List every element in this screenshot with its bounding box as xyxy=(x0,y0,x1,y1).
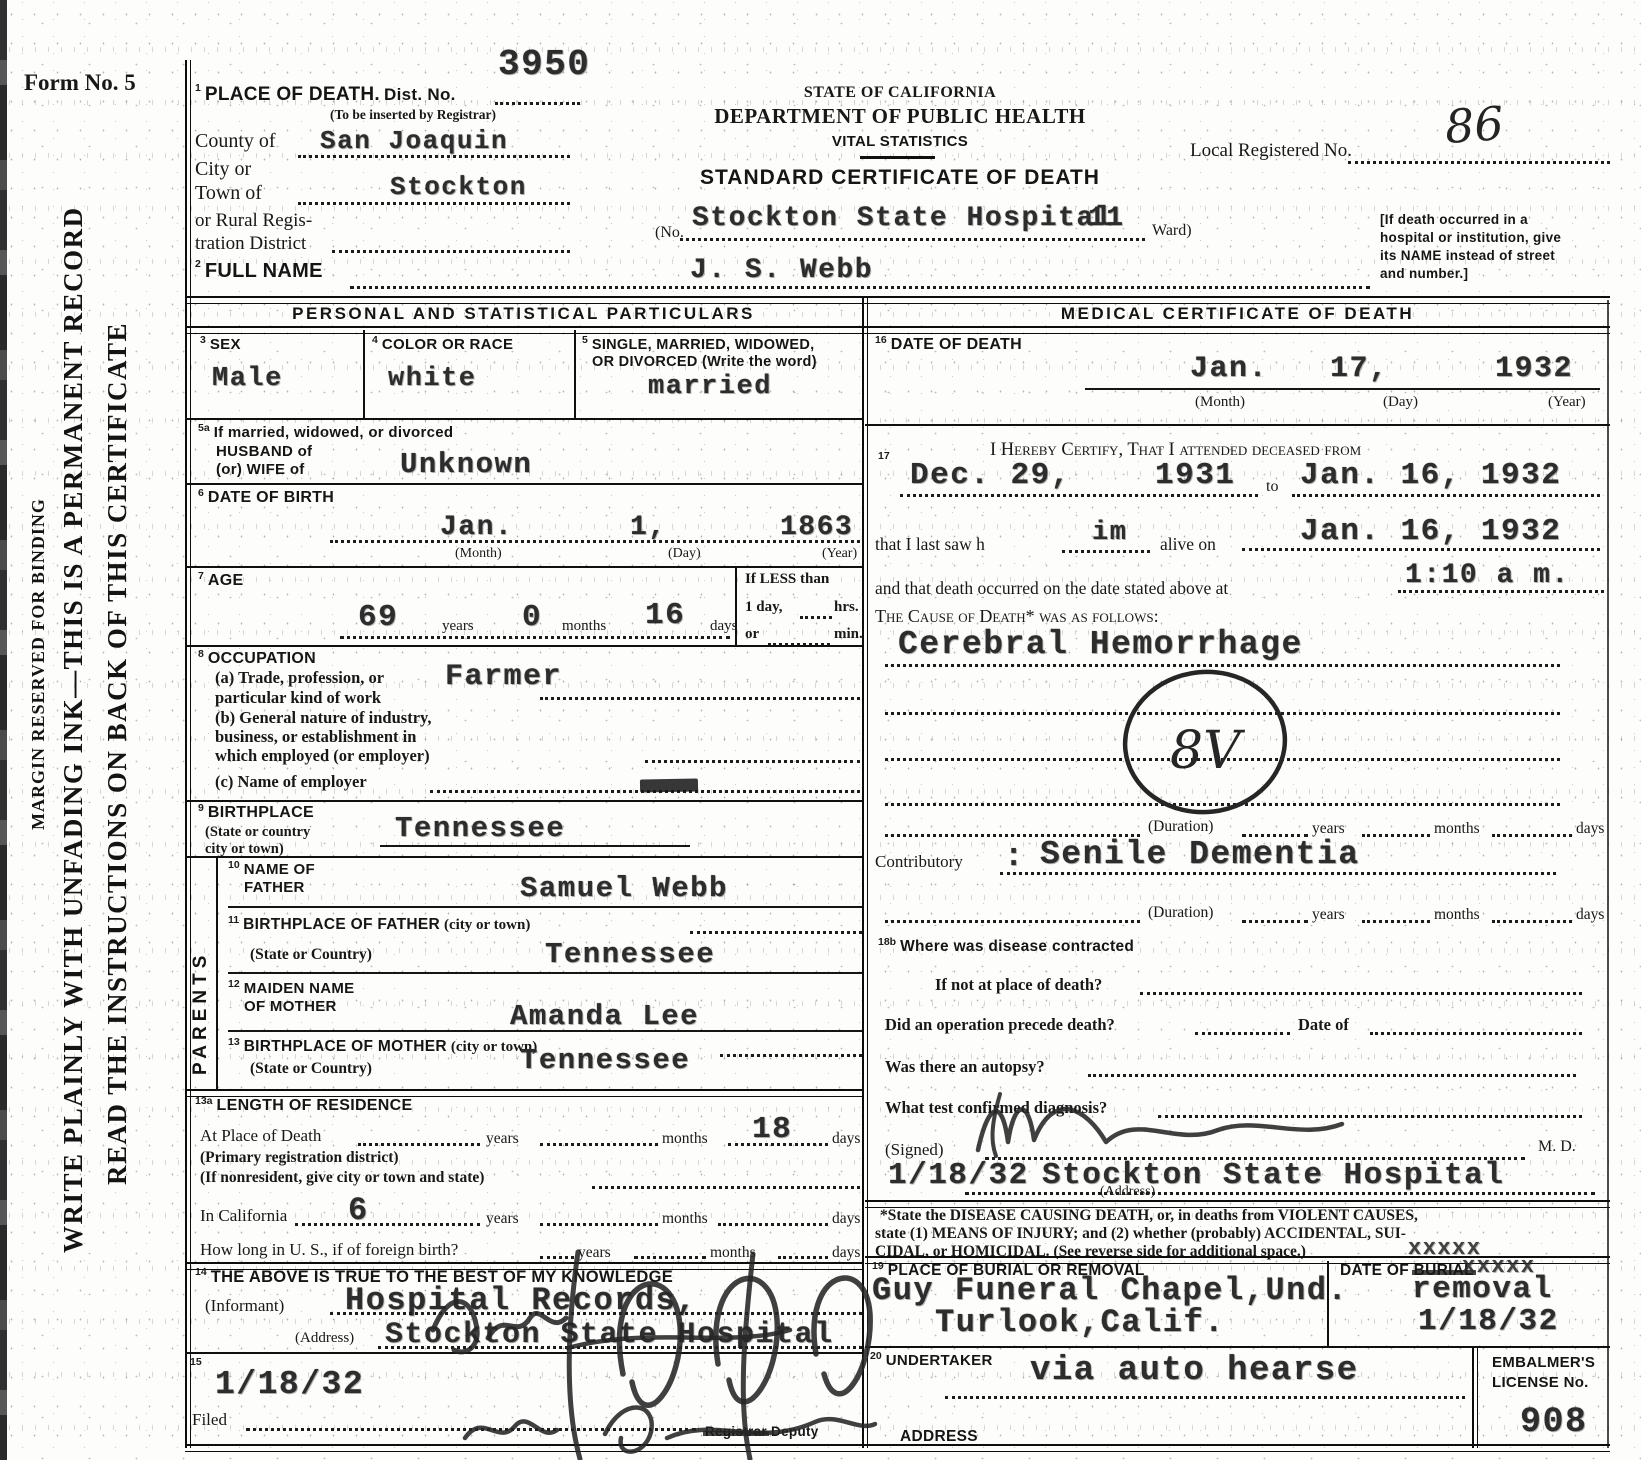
md-label: M. D. xyxy=(1538,1138,1576,1156)
cause-footnote-line2: state (1) MEANS OF INJURY; and (2) wheth… xyxy=(875,1225,1406,1243)
age-months-label: months xyxy=(562,618,606,635)
rule xyxy=(540,697,860,700)
state-heading: STATE OF CALIFORNIA xyxy=(660,84,1140,102)
county-value: San Joaquin xyxy=(320,126,508,156)
undertaker-value: via auto hearse xyxy=(1030,1352,1359,1390)
rule xyxy=(1472,1346,1478,1448)
contributory-colon: : xyxy=(1004,838,1025,875)
city-label: City or xyxy=(195,158,251,181)
father-birthplace-state-label: (State or Country) xyxy=(250,946,372,964)
mother-maiden-name-value: Amanda Lee xyxy=(510,1000,699,1033)
local-registered-no-label: Local Registered No. xyxy=(1190,140,1352,162)
age-days-label: days xyxy=(710,618,738,635)
rule xyxy=(965,1192,1595,1195)
rule xyxy=(380,845,690,847)
rural-label-2: tration District xyxy=(195,233,306,255)
occupation-label: 8 OCCUPATION xyxy=(198,650,316,668)
contributory-value: Senile Dementia xyxy=(1040,836,1360,873)
occupation-value: Farmer xyxy=(445,660,562,694)
rule xyxy=(945,1396,1465,1399)
rule xyxy=(720,1054,862,1057)
father-birthplace-value: Tennessee xyxy=(545,938,715,971)
min-label: min. xyxy=(834,626,863,643)
rule xyxy=(690,931,862,934)
margin-note-binding: MARGIN RESERVED FOR BINDING xyxy=(28,440,49,830)
marital-status-value: married xyxy=(648,372,772,402)
ink-smudge xyxy=(640,778,698,792)
attended-from-year: 1931 xyxy=(1155,458,1235,493)
rule xyxy=(1292,494,1600,497)
rule xyxy=(495,102,580,105)
last-saw-pre-label: that I last saw h xyxy=(875,534,985,555)
city-value: Stockton xyxy=(390,172,527,202)
rule xyxy=(358,1143,480,1146)
time-of-death-value: 1:10 a m. xyxy=(1405,560,1570,591)
rule xyxy=(1398,590,1604,593)
birth-day-value: 1, xyxy=(630,512,667,543)
rule xyxy=(1492,834,1572,837)
vital-statistics-heading: VITAL STATISTICS xyxy=(660,133,1140,150)
signed-date-value: 1/18/32 xyxy=(888,1158,1029,1193)
primary-district-note: (Primary registration district) xyxy=(200,1149,399,1167)
in-cal-years-label: years xyxy=(486,1210,519,1228)
rule xyxy=(185,418,862,420)
in-california-label: In California xyxy=(200,1206,287,1226)
filed-label: Filed xyxy=(192,1410,227,1430)
signed-label: (Signed) xyxy=(885,1140,944,1160)
department-heading: DEPARTMENT OF PUBLIC HEALTH xyxy=(660,104,1140,129)
rule xyxy=(298,155,570,158)
sex-value: Male xyxy=(212,364,283,394)
husband-of-label: HUSBAND of xyxy=(216,443,312,460)
duration2-years-label: years xyxy=(1312,906,1345,924)
sex-label: 3 SEX xyxy=(200,336,241,354)
circled-annotation: 8V xyxy=(1118,666,1293,818)
physician-signature xyxy=(970,1082,1360,1162)
undertaker-label: 20 UNDERTAKER xyxy=(870,1352,993,1370)
cause-of-death-label: The Cause of Death* was as follows: xyxy=(875,606,1159,627)
rule xyxy=(592,1186,860,1189)
at-place-of-death-label: At Place of Death xyxy=(200,1126,321,1146)
local-registered-no-value: 86 xyxy=(1443,96,1505,154)
age-label: 7 AGE xyxy=(198,572,243,590)
rule xyxy=(1085,388,1600,390)
rule xyxy=(185,60,191,1448)
rule xyxy=(1362,834,1430,837)
rule xyxy=(298,202,570,205)
rule xyxy=(1362,920,1430,923)
father-name-value: Samuel Webb xyxy=(520,872,728,905)
death-month-sub: (Month) xyxy=(1195,394,1245,411)
hospital-note-line4: and number.] xyxy=(1380,266,1468,281)
birthplace-label: 9 BIRTHPLACE xyxy=(198,804,314,822)
length-of-residence-label: 13a LENGTH OF RESIDENCE xyxy=(195,1097,412,1115)
certificate-title: STANDARD CERTIFICATE OF DEATH xyxy=(660,166,1140,190)
rule xyxy=(574,330,576,418)
date-of-burial-value: removal xyxy=(1412,1272,1553,1307)
attended-from-month: Dec. 29, xyxy=(910,458,1071,493)
to-label: to xyxy=(1266,478,1278,496)
circled-annotation-text: 8V xyxy=(1170,721,1245,781)
birthplace-value: Tennessee xyxy=(395,812,565,845)
father-name-label: 10 NAME OF xyxy=(228,861,315,879)
rule xyxy=(185,1444,1610,1452)
date-of-death-label: 16 DATE OF DEATH xyxy=(875,336,1022,354)
full-name-value: J. S. Webb xyxy=(690,255,873,286)
mother-birthplace-label: 13 BIRTHPLACE OF MOTHER (city or town) xyxy=(228,1038,537,1056)
birth-day-sub: (Day) xyxy=(668,546,701,562)
in-cal-days-label: days xyxy=(832,1210,860,1228)
rule xyxy=(185,856,862,858)
rule xyxy=(728,1143,828,1146)
embalmer-label-2: LICENSE No. xyxy=(1492,1374,1589,1391)
employer-label: (c) Name of employer xyxy=(215,772,367,792)
informant-label: (Informant) xyxy=(205,1296,284,1316)
rule xyxy=(228,972,862,974)
occupation-b-label-2: business, or establishment in xyxy=(215,727,416,747)
age-days-value: 16 xyxy=(645,598,685,633)
father-birthplace-label: 11 BIRTHPLACE OF FATHER (city or town) xyxy=(228,916,530,934)
not-at-place-question: If not at place of death? xyxy=(935,975,1102,995)
rule xyxy=(1242,920,1308,923)
rule xyxy=(1607,300,1609,1448)
embalmer-license-value: 908 xyxy=(1520,1402,1588,1442)
death-certificate-scan: Form No. 5 MARGIN RESERVED FOR BINDING W… xyxy=(0,0,1641,1460)
rule xyxy=(1088,1074,1576,1077)
operation-date-label: Date of xyxy=(1298,1015,1349,1035)
duration-months-label: months xyxy=(1434,820,1480,838)
rule xyxy=(865,424,1610,426)
birth-month-sub: (Month) xyxy=(455,546,502,562)
death-day-sub: (Day) xyxy=(1383,394,1418,411)
rule xyxy=(1195,1032,1290,1035)
county-label: County of xyxy=(195,130,276,153)
rule xyxy=(340,636,730,639)
age-months-value: 0 xyxy=(522,600,542,635)
or-label: or xyxy=(745,626,759,643)
rule xyxy=(185,645,862,647)
rule xyxy=(1370,1032,1582,1035)
rule xyxy=(330,540,860,543)
rule xyxy=(1062,550,1150,553)
scan-binding-edge xyxy=(0,0,7,1460)
ward-value: 11 xyxy=(1088,203,1125,234)
certificate-number: 3950 xyxy=(498,44,590,85)
rule xyxy=(540,1143,658,1146)
agency-block: STATE OF CALIFORNIA DEPARTMENT OF PUBLIC… xyxy=(660,84,1140,150)
rule xyxy=(718,1223,828,1226)
marital-status-label-2: OR DIVORCED (Write the word) xyxy=(592,354,817,370)
operation-question: Did an operation precede death? xyxy=(885,1015,1115,1035)
occupation-b-label-3: which employed (or employer) xyxy=(215,746,430,766)
rule xyxy=(800,616,832,619)
death-year-value: 1932 xyxy=(1495,352,1573,386)
duration-label: (Duration) xyxy=(1148,818,1213,836)
mother-birthplace-state-label: (State or Country) xyxy=(250,1060,372,1078)
disease-contracted-label: 18b Where was disease contracted xyxy=(878,938,1134,956)
registrar-note: (To be inserted by Registrar) xyxy=(330,107,496,123)
birth-year-sub: (Year) xyxy=(822,546,857,562)
margin-note-permanent-record: WRITE PLAINLY WITH UNFADING INK—THIS IS … xyxy=(58,168,89,1253)
attended-to-value: Jan. 16, 1932 xyxy=(1300,458,1561,493)
residence-years-label: years xyxy=(486,1130,519,1148)
last-saw-fill-value: im xyxy=(1092,518,1127,548)
rule xyxy=(228,1030,862,1032)
personal-section-title: PERSONAL AND STATISTICAL PARTICULARS xyxy=(185,304,862,324)
medical-section-title: MEDICAL CERTIFICATE OF DEATH xyxy=(865,304,1610,324)
nonresident-note: (If nonresident, give city or town and s… xyxy=(200,1169,484,1187)
hrs-label: hrs. xyxy=(834,599,859,616)
rule xyxy=(295,1223,480,1226)
birth-year-value: 1863 xyxy=(780,512,853,543)
deputy-signature xyxy=(455,1392,885,1458)
marital-status-label: 5 SINGLE, MARRIED, WIDOWED, xyxy=(582,336,814,354)
occupation-b-label: (b) General nature of industry, xyxy=(215,708,432,728)
color-race-value: white xyxy=(388,364,477,394)
rule xyxy=(185,1089,862,1097)
date-of-burial-value-2: 1/18/32 xyxy=(1418,1304,1559,1339)
age-years-label: years xyxy=(442,618,474,635)
hospital-note-line3: its NAME instead of street xyxy=(1380,248,1555,263)
cause-of-death-value: Cerebral Hemorrhage xyxy=(898,626,1303,663)
birth-month-value: Jan. xyxy=(440,512,513,543)
place-of-death-value: Stockton State Hospital xyxy=(692,203,1113,234)
rule xyxy=(645,760,860,763)
mother-maiden-name-label-2: OF MOTHER xyxy=(244,998,337,1015)
birthplace-note: (State or country xyxy=(205,824,310,841)
in-cal-months-label: months xyxy=(662,1210,708,1228)
rule xyxy=(680,238,1145,241)
rule xyxy=(865,1346,1610,1348)
undertaker-address-label: ADDRESS xyxy=(900,1428,978,1446)
color-race-label: 4 COLOR OR RACE xyxy=(372,336,513,354)
spouse-label: 5a If married, widowed, or divorced xyxy=(198,424,453,442)
rule xyxy=(350,286,1370,289)
rule xyxy=(1492,920,1572,923)
rule xyxy=(185,566,862,568)
rule xyxy=(363,330,365,418)
rule xyxy=(185,800,862,802)
rule xyxy=(885,920,1140,923)
place-of-burial-value-2: Turlook,Calif. xyxy=(935,1304,1225,1341)
rule xyxy=(185,483,862,485)
last-seen-date-value: Jan. 16, 1932 xyxy=(1300,514,1561,549)
rule xyxy=(1140,992,1582,995)
rule xyxy=(1348,161,1610,164)
contributory-label: Contributory xyxy=(875,852,963,872)
rural-label: or Rural Regis- xyxy=(195,210,312,232)
father-name-label-2: FATHER xyxy=(244,879,305,896)
rule xyxy=(1000,872,1556,875)
ward-label: Ward) xyxy=(1152,222,1192,240)
hospital-note-line1: [If death occurred in a xyxy=(1380,212,1528,227)
mother-birthplace-value: Tennessee xyxy=(520,1044,690,1077)
rule xyxy=(228,906,862,908)
rule xyxy=(185,326,1610,334)
autopsy-question: Was there an autopsy? xyxy=(885,1057,1045,1077)
residence-days-value: 18 xyxy=(752,1112,792,1147)
rule xyxy=(900,494,1258,497)
place-of-death-label: 1 PLACE OF DEATH. Dist. No. xyxy=(195,84,456,106)
residence-months-label: months xyxy=(662,1130,708,1148)
rule xyxy=(860,156,935,159)
duration2-label: (Duration) xyxy=(1148,904,1213,922)
filed-date-value: 1/18/32 xyxy=(215,1366,364,1403)
hospital-note-line2: hospital or institution, give xyxy=(1380,230,1561,245)
duration-days-label: days xyxy=(1576,820,1604,838)
parents-section-label: PARENTS xyxy=(190,880,212,1075)
death-month-value: Jan. xyxy=(1190,352,1268,386)
margin-note-instructions: READ THE INSTRUCTIONS ON BACK OF THIS CE… xyxy=(102,255,133,1185)
duration2-months-label: months xyxy=(1434,906,1480,924)
informant-address-label: (Address) xyxy=(295,1330,354,1347)
rule xyxy=(332,250,570,253)
age-years-value: 69 xyxy=(358,600,398,635)
duration2-days-label: days xyxy=(1576,906,1604,924)
if-less-than-label: If LESS than xyxy=(745,571,829,588)
one-day-label: 1 day, xyxy=(745,599,783,616)
occupation-a-label-2: particular kind of work xyxy=(215,688,381,708)
rule xyxy=(540,1223,658,1226)
spouse-value: Unknown xyxy=(400,448,532,481)
form-number: Form No. 5 xyxy=(24,70,136,96)
occupation-a-label: (a) Trade, profession, or xyxy=(215,668,384,688)
embalmer-label: EMBALMER'S xyxy=(1492,1354,1595,1371)
death-occurred-label: and that death occurred on the date stat… xyxy=(875,578,1228,599)
rule xyxy=(185,296,1610,304)
wife-of-label: (or) WIFE of xyxy=(216,461,305,478)
full-name-label: 2 FULL NAME xyxy=(195,260,323,283)
rule xyxy=(1242,548,1600,551)
alive-on-label: alive on xyxy=(1160,534,1216,555)
death-day-value: 17, xyxy=(1330,352,1389,386)
mother-maiden-name-label: 12 MAIDEN NAME xyxy=(228,980,355,998)
rule xyxy=(216,856,218,1091)
residence-days-label: days xyxy=(832,1130,860,1148)
date-of-birth-label: 6 DATE OF BIRTH xyxy=(198,489,334,507)
town-label: Town of xyxy=(195,182,262,205)
cause-footnote-line1: *State the DISEASE CAUSING DEATH, or, in… xyxy=(880,1207,1418,1225)
death-year-sub: (Year) xyxy=(1548,394,1586,411)
